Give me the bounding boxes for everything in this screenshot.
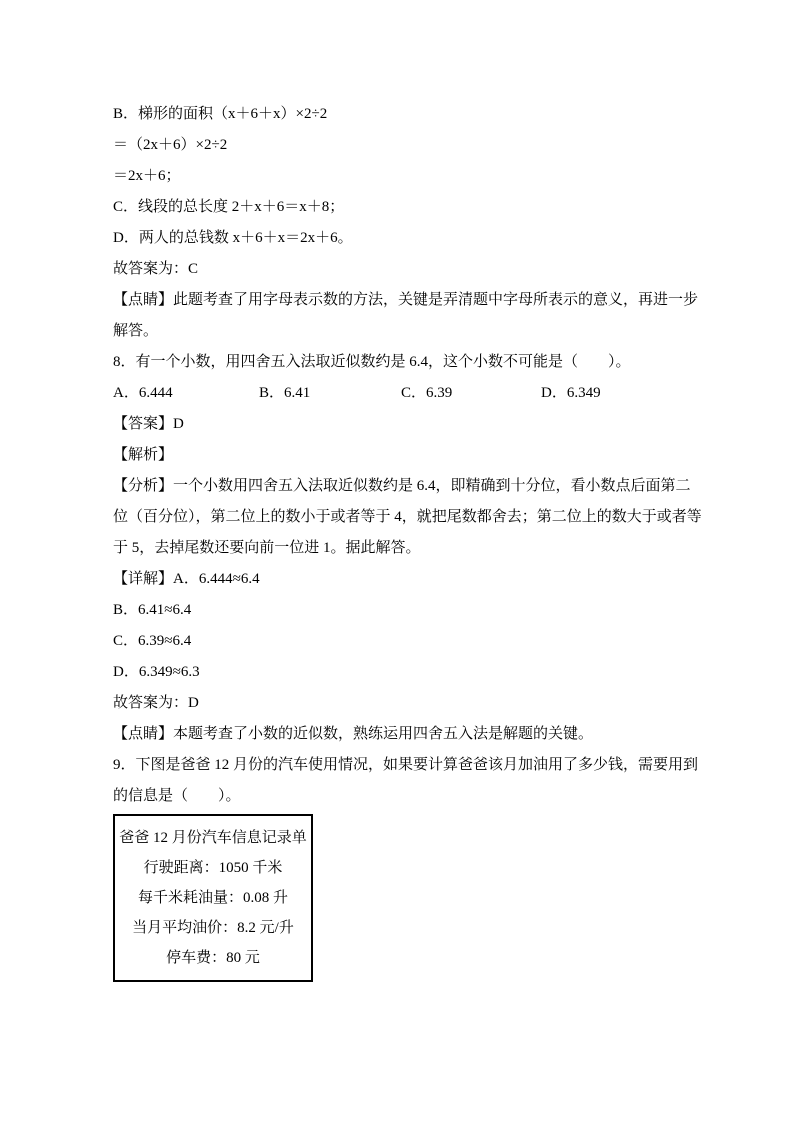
q8-option-a: A．6.444: [113, 378, 173, 409]
q8-answer-label: 【答案】D: [113, 409, 693, 440]
record-card-row-distance: 行驶距离：1050 千米: [115, 853, 311, 883]
q9-car-info-record-card: 爸爸 12 月份汽车信息记录单 行驶距离：1050 千米 每千米耗油量：0.08…: [113, 814, 313, 982]
q8-detail-option-b: B．6.41≈6.4: [113, 595, 693, 626]
q7-remark-line-1: 【点睛】此题考查了用字母表示数的方法，关键是弄清题中字母所表示的意义，再进一步: [113, 285, 693, 316]
q8-detail-option-d: D．6.349≈6.3: [113, 657, 693, 688]
q9-question-line-1: 9．下图是爸爸 12 月份的汽车使用情况，如果要计算爸爸该月加油用了多少钱，需要…: [113, 750, 693, 781]
q8-option-b: B．6.41: [259, 378, 310, 409]
q8-analysis-line-3: 于 5，去掉尾数还要向前一位进 1。据此解答。: [113, 533, 693, 564]
q7-remark-line-2: 解答。: [113, 316, 693, 347]
q7-explain-option-c-line: C．线段的总长度 2＋x＋6＝x＋8；: [113, 192, 693, 223]
q8-remark: 【点睛】本题考查了小数的近似数，熟练运用四舍五入法是解题的关键。: [113, 719, 693, 750]
q8-detail-option-c: C．6.39≈6.4: [113, 626, 693, 657]
q7-explain-option-b-line: B．梯形的面积（x＋6＋x）×2÷2: [113, 99, 693, 130]
q8-detail-option-a: 【详解】A．6.444≈6.4: [113, 564, 693, 595]
q8-analysis-line-1: 【分析】一个小数用四舍五入法取近似数约是 6.4，即精确到十分位，看小数点后面第…: [113, 471, 693, 502]
q7-answer-statement: 故答案为：C: [113, 254, 693, 285]
q8-option-d: D．6.349: [541, 378, 601, 409]
q8-option-c: C．6.39: [401, 378, 452, 409]
q8-answer-statement: 故答案为：D: [113, 688, 693, 719]
q7-explain-option-d-line: D．两人的总钱数 x＋6＋x＝2x＋6。: [113, 223, 693, 254]
record-card-row-fuel-consumption: 每千米耗油量：0.08 升: [115, 883, 311, 913]
record-card-row-fuel-price: 当月平均油价：8.2 元/升: [115, 913, 311, 943]
record-card-row-parking-fee: 停车费：80 元: [115, 943, 311, 973]
document-page: B．梯形的面积（x＋6＋x）×2÷2 ＝（2x＋6）×2÷2 ＝2x＋6； C．…: [113, 99, 693, 982]
q8-question-text: 8．有一个小数，用四舍五入法取近似数约是 6.4，这个小数不可能是（ ）。: [113, 347, 693, 378]
q8-options-row: A．6.444 B．6.41 C．6.39 D．6.349: [113, 378, 693, 409]
q8-analysis-header: 【解析】: [113, 440, 693, 471]
q7-equation-step-1: ＝（2x＋6）×2÷2: [113, 130, 693, 161]
q9-question-line-2: 的信息是（ ）。: [113, 781, 693, 812]
q7-equation-step-2: ＝2x＋6；: [113, 161, 693, 192]
record-card-title: 爸爸 12 月份汽车信息记录单: [115, 823, 311, 853]
q8-analysis-line-2: 位（百分位），第二位上的数小于或者等于 4，就把尾数都舍去；第二位上的数大于或者…: [113, 502, 693, 533]
